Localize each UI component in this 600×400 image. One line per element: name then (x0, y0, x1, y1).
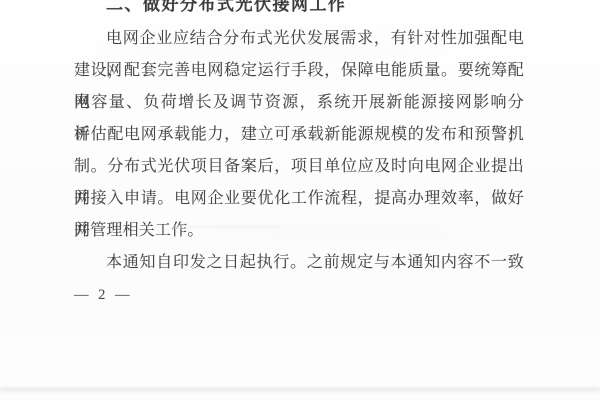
body-text-line: 网管理相关工作。 (74, 215, 524, 247)
body-text-line: 制。分布式光伏项目备案后，项目单位应及时向电网企业提出并 (74, 151, 524, 183)
page-number: — 2 — (74, 286, 133, 304)
body-text-line: 本通知自印发之日起执行。之前规定与本通知内容不一致 (74, 247, 524, 279)
body-text-line: 评估配电网承载能力，建立可承载新能源规模的发布和预警机 (74, 119, 524, 151)
body-text-line: 电网企业应结合分布式光伏发展需求，有针对性加强配电网 (74, 23, 524, 55)
document-body: 电网企业应结合分布式光伏发展需求，有针对性加强配电网 建设，配套完善电网稳定运行… (74, 23, 524, 279)
body-text-line: 网接入申请。电网企业要优化工作流程，提高办理效率，做好并 (74, 183, 524, 215)
body-text-line: 网容量、负荷增长及调节资源，系统开展新能源接网影响分析， (74, 87, 524, 119)
scan-artifact-smudge (170, 226, 280, 228)
scan-edge-band (0, 387, 600, 392)
body-text-line: 建设，配套完善电网稳定运行手段，保障电能质量。要统筹配电 (74, 55, 524, 87)
scanned-document-page: 二、做好分布式光伏接网工作 电网企业应结合分布式光伏发展需求，有针对性加强配电网… (0, 0, 600, 400)
section-heading: 二、做好分布式光伏接网工作 (106, 0, 347, 16)
